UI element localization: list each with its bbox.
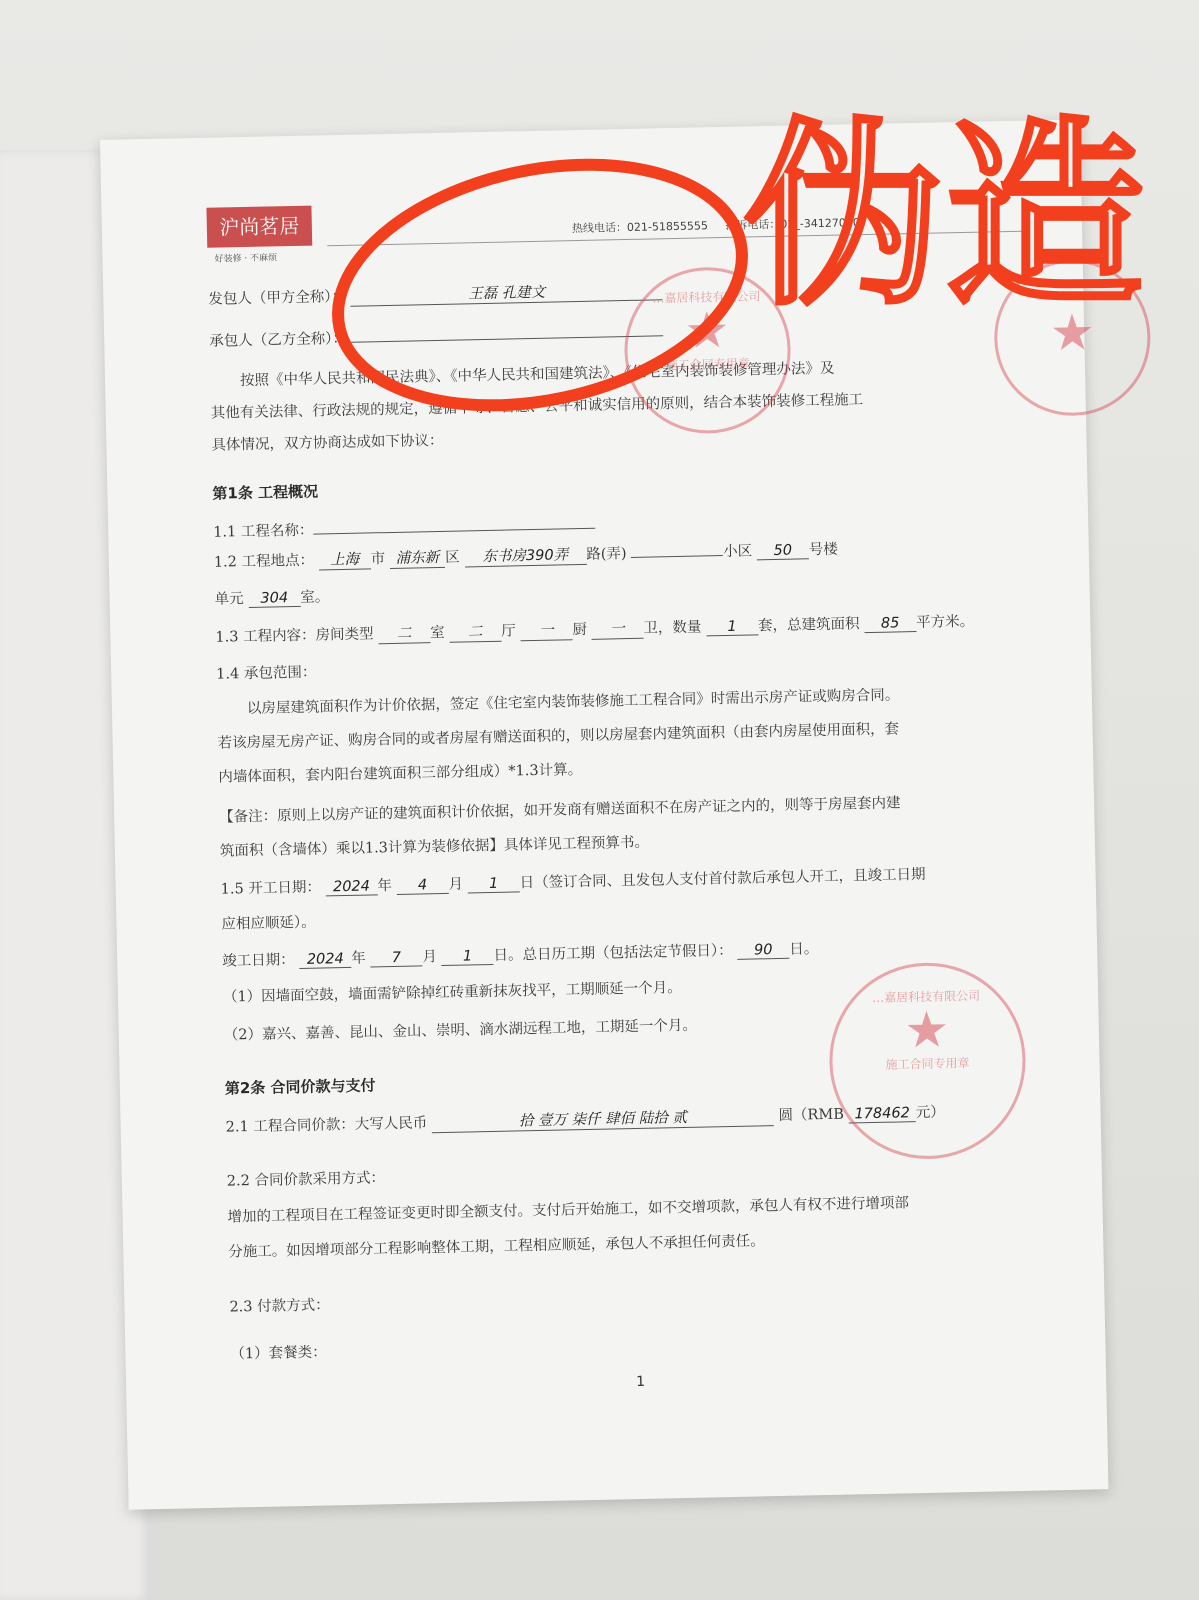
project-name-row: 1.1 工程名称：	[213, 513, 596, 542]
scope-line: 内墙体面积，套内阳台建筑面积三部分组成）*1.3计算。	[218, 758, 582, 787]
end-date-row: 竣工日期： 2024年 7月 1日。总日历工期（包括法定节假日）： 90日。	[222, 937, 818, 970]
contract-page: 沪尚茗居 好装修 · 不麻烦 热线电话：021-51855555 投诉电话：02…	[100, 119, 1108, 1509]
project-content-row: 1.3 工程内容：房间类型 二室 二厅 一厨 一卫，数量 1套，总建筑面积 85…	[215, 610, 974, 648]
page-number: 1	[636, 1374, 645, 1390]
contact-phones: 热线电话：021-51855555 投诉电话：02_-34127010	[572, 214, 860, 236]
extension-note: （2）嘉兴、嘉善、昆山、金山、崇明、滴水湖远程工地，工期延一个月。	[224, 1014, 698, 1045]
unit-room-row: 单元 304室。	[214, 585, 329, 608]
logo-slogan: 好装修 · 不麻烦	[214, 250, 277, 264]
project-address-row: 1.2 工程地点： 上海市 浦东新区 东书房390弄路(弄) 小区 50号楼	[214, 538, 838, 573]
company-logo: 沪尚茗居	[206, 206, 312, 248]
party-b-field	[352, 335, 664, 343]
company-seal: …嘉居科技有限公司★施工合同专用章	[827, 961, 1027, 1161]
method-label: 2.2 合同价款采用方式：	[227, 1166, 386, 1190]
extension-note: （1）因墙面空鼓，墙面需铲除掉红砖重新抹灰找平，工期顺延一个月。	[223, 976, 682, 1007]
party-b-row: 承包人（乙方全称）：	[209, 320, 664, 351]
company-seal-partial: ★	[993, 258, 1152, 417]
method-line: 分施工。如因增项部分工程影响整体工期，工程相应顺延，承包人不承担任何责任。	[228, 1229, 765, 1261]
scope-label: 1.4 承包范围：	[216, 661, 317, 684]
payment-item: （1）套餐类：	[230, 1341, 327, 1364]
method-line: 增加的工程项目在工程签证变更时即全额支付。支付后开始施工，如不交增项款，承包人有…	[227, 1191, 909, 1226]
complaint-line: 投诉电话：02_-34127010	[725, 216, 860, 232]
section-1-title: 第1条 工程概况	[212, 481, 318, 504]
contract-price-row: 2.1 工程合同价款：大写人民币 拾 壹万 柒仟 肆佰 陆拾 贰 圆（RMB 1…	[225, 1101, 945, 1138]
hotline: 热线电话：021-51855555	[572, 219, 708, 235]
preamble-line: 具体情况，双方协商达成如下协议：	[211, 429, 443, 455]
party-a-field: 王磊 孔建文	[350, 278, 662, 307]
party-a-row: 发包人（甲方全称）： 王磊 孔建文	[208, 278, 663, 310]
start-date-row: 1.5 开工日期： 2024年 4月 1日（签订合同、且发包人支付首付款后承包人…	[220, 863, 925, 899]
section-2-title: 第2条 合同价款与支付	[225, 1074, 376, 1098]
start-note: 应相应顺延）。	[221, 911, 316, 934]
note-line: 【备注：原则上以房产证的建筑面积计价依据，如开发商有赠送面积不在房产证之内的，则…	[219, 791, 901, 826]
note-line: 筑面积（含墙体）乘以1.3计算为装修依据】具体详见工程预算书。	[220, 831, 649, 861]
payment-label: 2.3 付款方式：	[229, 1293, 330, 1316]
scope-line: 若该房屋无房产证、购房合同的或者房屋有赠送面积的，则以房屋套内建筑面积（由套内房…	[217, 717, 899, 752]
scope-line: 以房屋建筑面积作为计价依据，签定《住宅室内装饰装修施工工程合同》时需出示房产证或…	[247, 683, 900, 718]
